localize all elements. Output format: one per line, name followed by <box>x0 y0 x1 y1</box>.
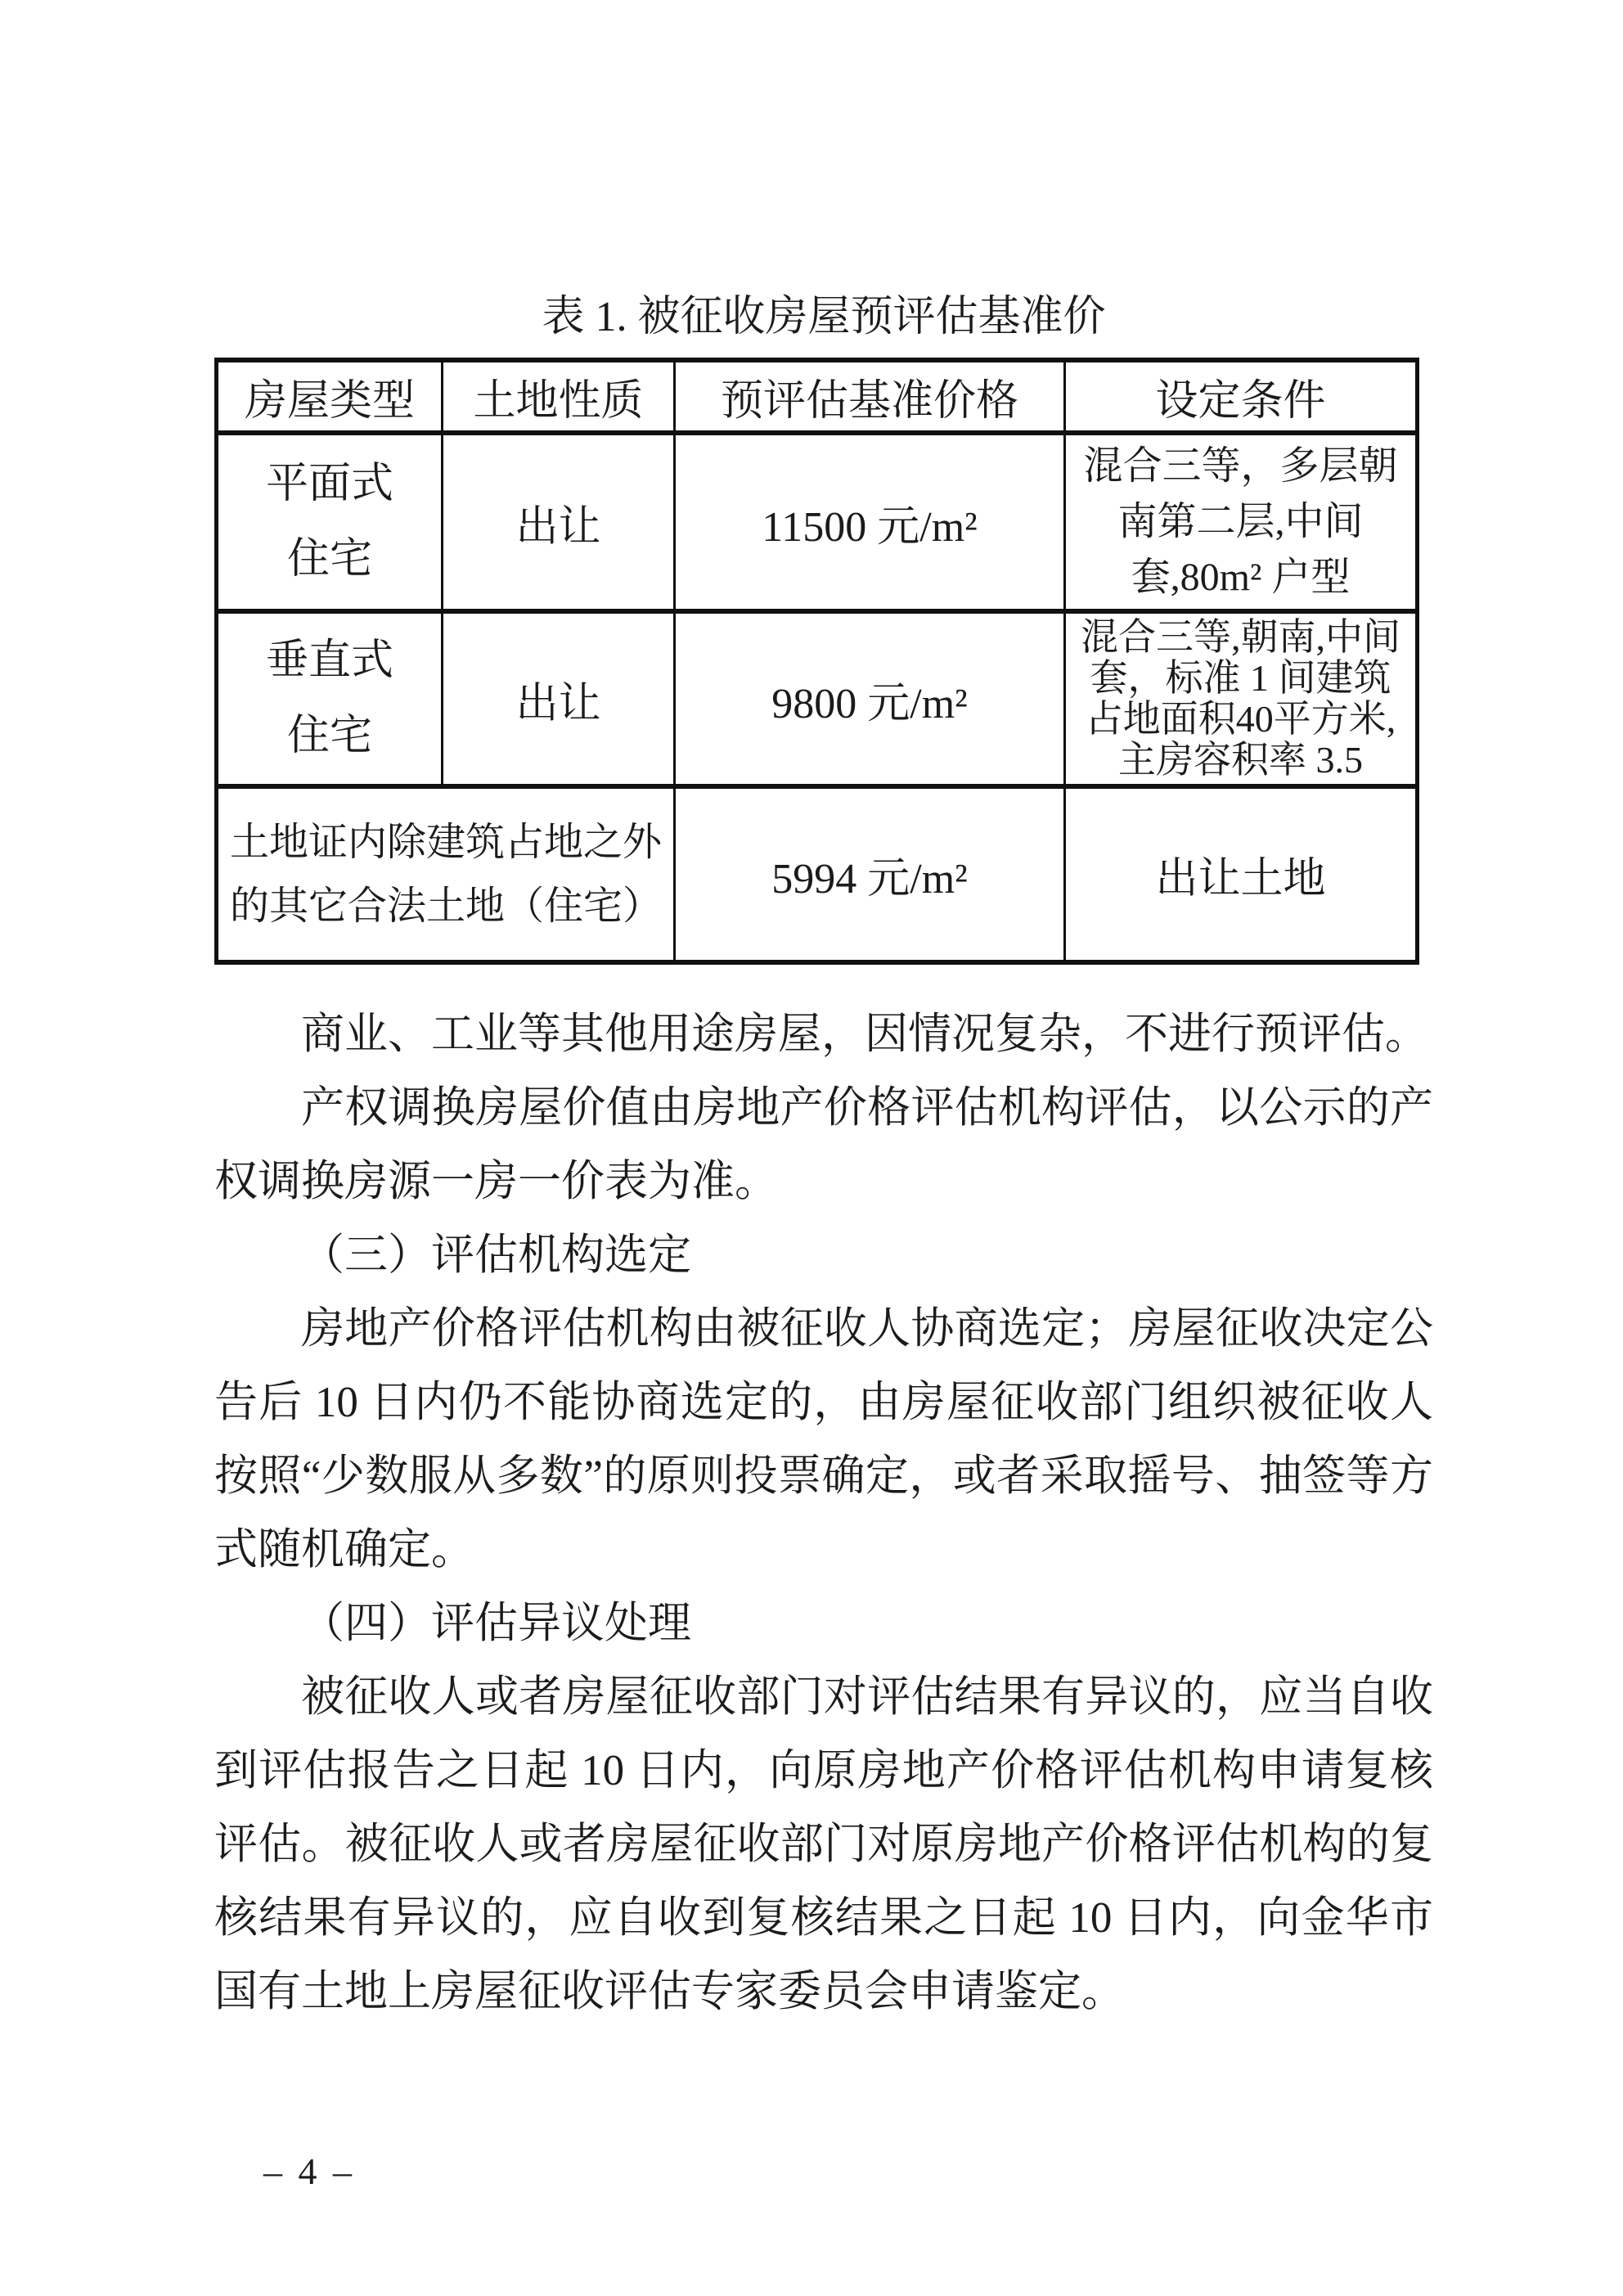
house-type-line: 平面式 <box>228 447 431 522</box>
cell-land-nature: 出让 <box>443 611 675 786</box>
page-content: 表 1. 被征收房屋预评估基准价 房屋类型 土地性质 预评估基准价格 设定条件 <box>214 288 1433 2028</box>
table-caption: 表 1. 被征收房屋预评估基准价 <box>214 288 1433 347</box>
heading-section-3: （三）评估机构选定 <box>214 1218 1433 1292</box>
paragraph-commercial-note: 商业、工业等其他用途房屋，因情况复杂，不进行预评估。 <box>214 997 1433 1071</box>
col-header-base-price: 预评估基准价格 <box>675 360 1065 433</box>
cell-base-price: 5994 元/m² <box>675 786 1065 962</box>
cell-land-nature: 出让 <box>443 433 675 611</box>
pre-assessment-price-table: 房屋类型 土地性质 预评估基准价格 设定条件 平面式 住宅 出让 11500 元… <box>214 358 1419 965</box>
table-row-flat-house: 平面式 住宅 出让 11500 元/m² 混合三等，多层朝南第二层,中间套,80… <box>217 433 1418 611</box>
col-header-house-type: 房屋类型 <box>217 360 443 433</box>
document-page: 表 1. 被征收房屋预评估基准价 房屋类型 土地性质 预评估基准价格 设定条件 <box>0 0 1623 2296</box>
paragraph-property-swap: 产权调换房屋价值由房地产价格评估机构评估，以公示的产权调换房源一房一价表为准。 <box>214 1071 1433 1218</box>
cell-conditions: 混合三等，多层朝南第二层,中间套,80m² 户型 <box>1065 433 1418 611</box>
house-type-line: 住宅 <box>228 522 431 597</box>
table-header-row: 房屋类型 土地性质 预评估基准价格 设定条件 <box>217 360 1418 433</box>
cell-conditions: 混合三等,朝南,中间套，标准 1 间建筑占地面积40平方米,主房容积率 3.5 <box>1065 611 1418 786</box>
col-header-conditions: 设定条件 <box>1065 360 1418 433</box>
body-text: 商业、工业等其他用途房屋，因情况复杂，不进行预评估。 产权调换房屋价值由房地产价… <box>214 997 1433 2028</box>
paragraph-objection-handling: 被征收人或者房屋征收部门对评估结果有异议的，应当自收到评估报告之日起 10 日内… <box>214 1660 1433 2028</box>
house-type-line: 住宅 <box>228 699 431 774</box>
cell-house-type-merged: 土地证内除建筑占地之外的其它合法土地（住宅） <box>217 786 675 962</box>
heading-section-4: （四）评估异议处理 <box>214 1587 1433 1660</box>
cell-house-type: 垂直式 住宅 <box>217 611 443 786</box>
col-header-land-nature: 土地性质 <box>443 360 675 433</box>
table-row-other-legal-land: 土地证内除建筑占地之外的其它合法土地（住宅） 5994 元/m² 出让土地 <box>217 786 1418 962</box>
table-row-vertical-house: 垂直式 住宅 出让 9800 元/m² 混合三等,朝南,中间套，标准 1 间建筑… <box>217 611 1418 786</box>
house-type-line: 垂直式 <box>228 624 431 699</box>
cell-base-price: 9800 元/m² <box>675 611 1065 786</box>
cell-conditions: 出让土地 <box>1065 786 1418 962</box>
cell-house-type: 平面式 住宅 <box>217 433 443 611</box>
cell-base-price: 11500 元/m² <box>675 433 1065 611</box>
paragraph-agency-selection: 房地产价格评估机构由被征收人协商选定；房屋征收决定公告后 10 日内仍不能协商选… <box>214 1292 1433 1587</box>
page-number: – 4 – <box>263 2150 352 2193</box>
